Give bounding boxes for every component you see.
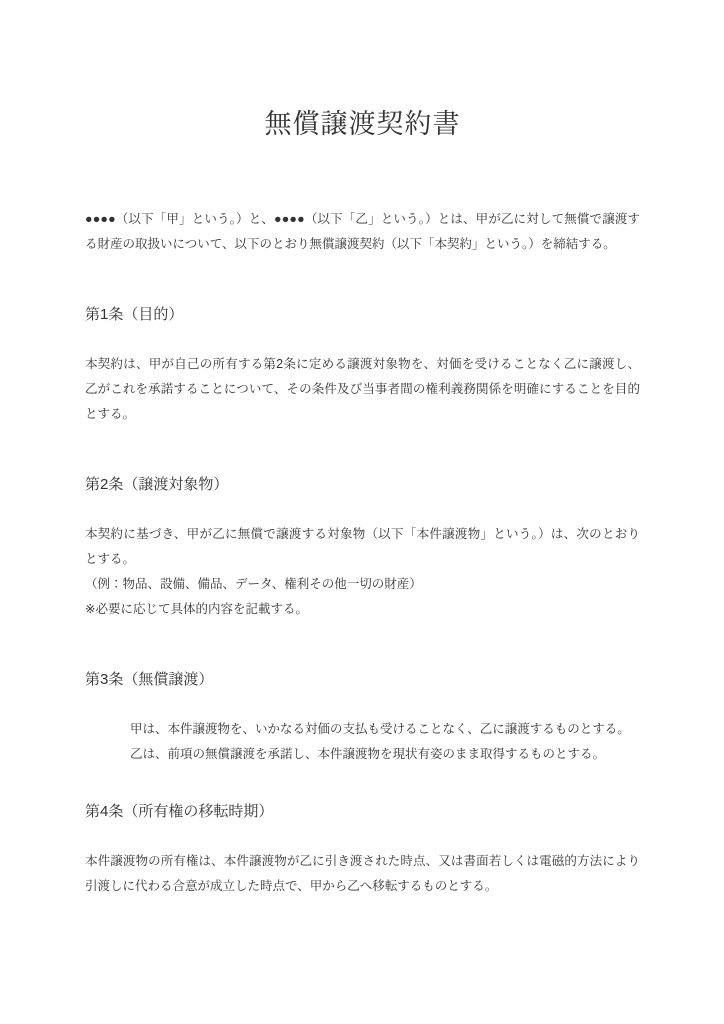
article-1-heading: 第1条（目的） <box>85 302 640 328</box>
article-3-clause-1: 甲は、本件譲渡物を、いかなる対価の支払も受けることなく、乙に譲渡するものとする。 <box>130 717 640 742</box>
article-4: 第4条（所有権の移転時期） 本件譲渡物の所有権は、本件譲渡物が乙に引き渡された時… <box>85 799 640 899</box>
article-4-body: 本件譲渡物の所有権は、本件譲渡物が乙に引き渡された時点、又は書面若しくは電磁的方… <box>85 849 640 899</box>
article-2: 第2条（譲渡対象物） 本契約に基づき、甲が乙に無償で譲渡する対象物（以下「本件譲… <box>85 472 640 622</box>
article-2-note-example: （例：物品、設備、備品、データ、権利その他一切の財産） <box>85 572 640 597</box>
intro-paragraph: ●●●●（以下「甲」という。）と、●●●●（以下「乙」という。）とは、甲が乙に対… <box>85 207 640 257</box>
article-3: 第3条（無償譲渡） 甲は、本件譲渡物を、いかなる対価の支払も受けることなく、乙に… <box>85 667 640 767</box>
article-1: 第1条（目的） 本契約は、甲が自己の所有する第2条に定める譲渡対象物を、対価を受… <box>85 302 640 427</box>
article-2-heading: 第2条（譲渡対象物） <box>85 472 640 498</box>
article-3-clauses: 甲は、本件譲渡物を、いかなる対価の支払も受けることなく、乙に譲渡するものとする。… <box>85 717 640 767</box>
article-4-heading: 第4条（所有権の移転時期） <box>85 799 640 825</box>
article-3-clause-2: 乙は、前項の無償譲渡を承諾し、本件譲渡物を現状有姿のまま取得するものとする。 <box>130 742 640 767</box>
article-1-body: 本契約は、甲が自己の所有する第2条に定める譲渡対象物を、対価を受けることなく乙に… <box>85 352 640 427</box>
document-title: 無償譲渡契約書 <box>85 105 640 143</box>
article-2-note-remark: ※必要に応じて具体的内容を記載する。 <box>85 597 640 622</box>
article-3-heading: 第3条（無償譲渡） <box>85 667 640 693</box>
document-page: 無償譲渡契約書 ●●●●（以下「甲」という。）と、●●●●（以下「乙」という。）… <box>0 0 724 1024</box>
article-2-body: 本契約に基づき、甲が乙に無償で譲渡する対象物（以下「本件譲渡物」という。）は、次… <box>85 522 640 572</box>
